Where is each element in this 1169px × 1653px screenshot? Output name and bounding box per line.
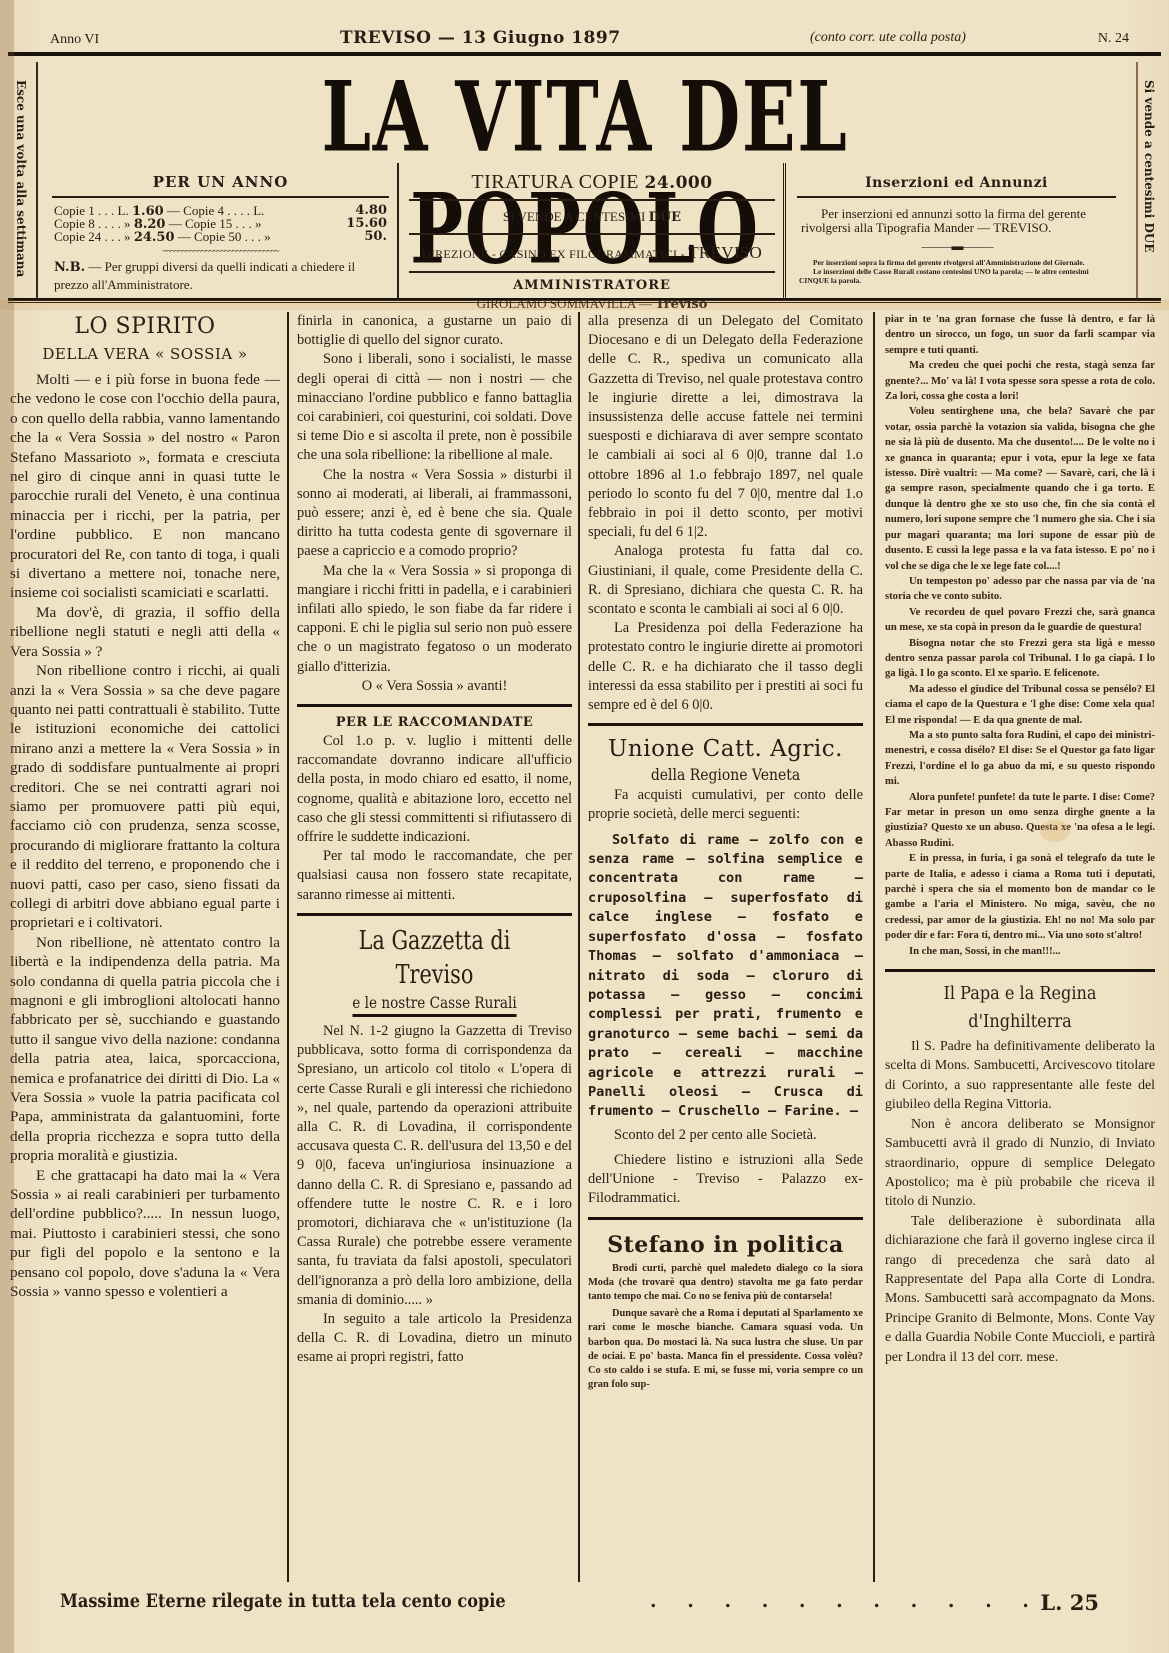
circulation-box: TIRATURA COPIE 24.000 SI VENDE A CENTESI…: [401, 163, 786, 298]
circulation-number: 24.000: [645, 173, 713, 193]
article-paragraph: Alora punfete! punfete! da tute le parte…: [885, 790, 1155, 852]
article-paragraph: Per tal modo le raccomandate, che per qu…: [297, 847, 572, 905]
article-paragraph: Il S. Padre ha definitivamente deliberat…: [885, 1036, 1155, 1114]
advertising-fine-print: Per inserzioni sopra la firma del gerent…: [789, 258, 1124, 267]
dateline: TREVISO — 13 Giugno 1897: [340, 28, 621, 48]
divider: [588, 1217, 863, 1220]
masthead: LA VITA DEL POPOLO: [135, 62, 1035, 162]
article-paragraph: In che man, Sossi, in che man!!!...: [885, 944, 1155, 959]
direction-city: TREVISO: [688, 243, 762, 262]
top-rule: [8, 52, 1161, 56]
price-label: Copie 24 . . . »: [54, 229, 131, 244]
header-rule: [8, 298, 1161, 303]
ornament: ———▬———: [789, 239, 1124, 254]
side-note-left: Esce una volta alla settimana: [14, 80, 28, 277]
divider: [885, 969, 1155, 972]
divider: [1136, 62, 1138, 298]
article-paragraph: Ma a sto punto salta fora Rudinì, el cap…: [885, 728, 1155, 790]
article-subtitle: della Regione Veneta: [602, 764, 850, 786]
article-paragraph: Sconto del 2 per cento alle Società.: [588, 1126, 863, 1145]
price-value: 50.: [364, 231, 387, 244]
divider: [36, 62, 38, 298]
article-subtitle: DELLA VERA « SOSSIA »: [10, 342, 280, 366]
article-paragraph: Brodi curti, parchè quel maledeto dialeg…: [588, 1262, 863, 1305]
subscription-note: N.B. — Per gruppi diversi da quelli indi…: [44, 256, 397, 295]
subscription-box: PER UN ANNO Copie 1 . . . L. 1.60 — Copi…: [44, 163, 399, 298]
article-paragraph: Ma che la « Vera Sossia » si proponga di…: [297, 562, 572, 677]
divider: [409, 233, 775, 235]
direction-label: DIREZIONE - CASINO EX FILODRAMMATICI -: [422, 247, 685, 261]
article-paragraph: Dunque savarè che a Roma i deputati al S…: [588, 1307, 863, 1392]
postal-note: (conto corr. ute colla posta): [810, 30, 966, 46]
article-paragraph: Analoga protesta fu fatta dal co. Giusti…: [588, 542, 863, 619]
nb-label: N.B.: [54, 260, 85, 275]
article-paragraph: Chiedere listino e istruzioni alla Sede …: [588, 1151, 863, 1209]
info-boxes: PER UN ANNO Copie 1 . . . L. 1.60 — Copi…: [44, 163, 1124, 298]
article-title: Stefano in politica: [588, 1228, 863, 1262]
admin-title: AMMINISTRATORE: [401, 278, 783, 293]
price-row: Copie 24 . . . » 24.50 — Copie 50 . . . …: [54, 231, 387, 244]
article-paragraph: E in pressa, in furia, i ga sonà el tele…: [885, 851, 1155, 943]
article-paragraph: Bisogna notar che sto Frezzi gera sta li…: [885, 636, 1155, 682]
article-subtitle-text: e le nostre Casse Rurali: [352, 993, 517, 1017]
article-paragraph: Ve recordeu de quel povaro Frezzi che, s…: [885, 605, 1155, 636]
article-paragraph: Un tempeston po' adesso par che nassa pa…: [885, 574, 1155, 605]
advertising-fine-print: Le inserzioni delle Casse Rurali costano…: [789, 267, 1124, 285]
divider: [297, 913, 572, 916]
ornament: ~~~~~~~~~~~~~~~~~~~~~~~~~~~~~~: [44, 246, 397, 256]
issue-number: N. 24: [1098, 31, 1129, 47]
goods-list: Solfato di rame — zolfo con e senza rame…: [588, 831, 863, 1122]
direction-line: DIREZIONE - CASINO EX FILODRAMMATICI - T…: [401, 240, 783, 266]
article-title: Unione Catt. Agric.: [588, 734, 863, 764]
column-2: finirla in canonica, a gustarne un paio …: [297, 312, 572, 1577]
price-line: SI VENDE A CENTESIMI DUE: [401, 206, 783, 228]
article-paragraph: Fa acquisti cumulativi, per conto delle …: [588, 786, 863, 824]
article-paragraph: Voleu sentirghene una, che bela? Savarè …: [885, 404, 1155, 573]
dateline-bar: Anno VI TREVISO — 13 Giugno 1897 (conto …: [50, 28, 1139, 50]
article-paragraph: E che grattacapi ha dato mai la « Vera S…: [10, 1166, 280, 1302]
divider: [409, 199, 775, 201]
article-paragraph: Non ribellione, nè attentato contro la l…: [10, 933, 280, 1166]
subscription-title: PER UN ANNO: [44, 163, 397, 191]
article-paragraph: Non ribellione contro i ricchi, ai quali…: [10, 661, 280, 933]
column-3: alla presenza di un Delegato del Comitat…: [588, 312, 863, 1577]
newspaper-page: Anno VI TREVISO — 13 Giugno 1897 (conto …: [0, 0, 1169, 1653]
article-paragraph: Che la nostra « Vera Sossia » disturbi i…: [297, 466, 572, 562]
article-paragraph: Ma dov'è, di grazia, il soffio della rib…: [10, 603, 280, 661]
advertising-text: Per inserzioni ed annunzi sotto la firma…: [789, 203, 1124, 235]
article-paragraph: Tale deliberazione è subordinata alla di…: [885, 1211, 1155, 1366]
price-line-value: DUE: [649, 210, 682, 225]
article-paragraph: alla presenza di un Delegato del Comitat…: [588, 312, 863, 542]
article-paragraph: O « Vera Sossia » avanti!: [297, 677, 572, 696]
article-paragraph: finirla in canonica, a gustarne un paio …: [297, 312, 572, 350]
column-rule: [578, 312, 580, 1582]
price-label: — Copie 50 . . . »: [178, 229, 271, 244]
article-paragraph: Ma adesso el giudice del Tribunal cossa …: [885, 682, 1155, 728]
nb-text: — Per gruppi diversi da quelli indicati …: [54, 259, 355, 292]
article-paragraph: La Presidenza poi della Federazione ha p…: [588, 619, 863, 715]
article-paragraph: Col 1.o p. v. luglio i mittenti delle ra…: [297, 732, 572, 847]
divider: [297, 704, 572, 707]
price-line-label: SI VENDE A CENTESIMI: [503, 209, 645, 224]
price-table: Copie 1 . . . L. 1.60 — Copie 4 . . . . …: [44, 203, 397, 246]
footer-ad-text: Massime Eterne rilegate in tutta tela ce…: [60, 1590, 506, 1612]
article-title: Il Papa e la Regina d'Inghilterra: [896, 980, 1144, 1036]
divider: [52, 196, 389, 198]
column-4: piar in te 'na gran fornase che fusse là…: [885, 312, 1155, 1577]
article-title: La Gazzetta di Treviso: [325, 924, 545, 992]
divider: [588, 723, 863, 726]
column-1: LO SPIRITO DELLA VERA « SOSSIA » Molti —…: [10, 312, 280, 1577]
column-rule: [287, 312, 289, 1582]
circulation-title: TIRATURA COPIE 24.000: [401, 163, 783, 194]
side-note-right: Si vende a centesimi DUE: [1142, 80, 1156, 253]
divider: [797, 196, 1116, 198]
footer-leader-dots: . . . . . . . . . . .: [650, 1590, 1041, 1612]
price-value: 24.50: [134, 230, 175, 245]
article-paragraph: Molti — e i più forse in buona fede — ch…: [10, 370, 280, 603]
article-title: PER LE RACCOMANDATE: [297, 715, 572, 730]
article-paragraph: Nel N. 1-2 giugno la Gazzetta di Treviso…: [297, 1022, 572, 1310]
advertising-title: Inserzioni ed Annunzi: [789, 163, 1124, 191]
article-title: LO SPIRITO: [10, 312, 280, 342]
footer-ad-price: L. 25: [1040, 1590, 1099, 1615]
article-paragraph: Sono i liberali, sono i socialisti, le m…: [297, 350, 572, 465]
article-subtitle: e le nostre Casse Rurali: [318, 992, 552, 1014]
divider: [409, 271, 775, 273]
article-paragraph: piar in te 'na gran fornase che fusse là…: [885, 312, 1155, 358]
column-rule: [873, 312, 875, 1582]
article-paragraph: In seguito a tale articolo la Presidenza…: [297, 1310, 572, 1368]
volume-year: Anno VI: [50, 32, 99, 48]
article-paragraph: Ma credeu che quei pochi che resta, stag…: [885, 358, 1155, 404]
advertising-box: Inserzioni ed Annunzi Per inserzioni ed …: [789, 163, 1124, 298]
article-paragraph: Non è ancora deliberato se Monsignor Sam…: [885, 1114, 1155, 1211]
circulation-label: TIRATURA COPIE: [471, 171, 639, 193]
footer-advertisement: Massime Eterne rilegate in tutta tela ce…: [60, 1590, 1099, 1622]
